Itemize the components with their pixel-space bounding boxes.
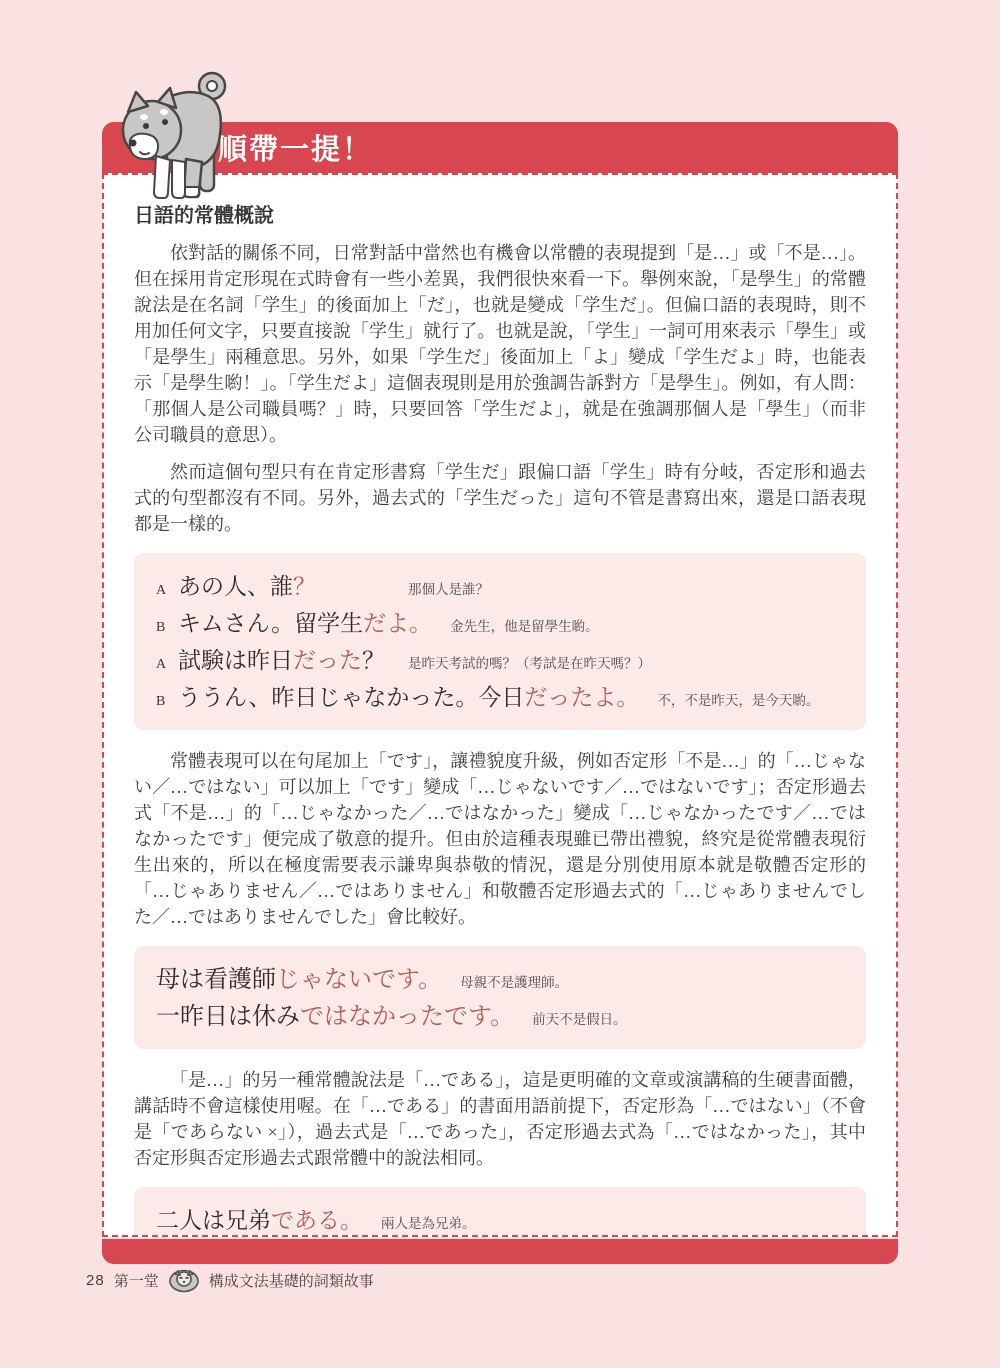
paragraph-2: 然而這個句型只有在肯定形書寫「学生だ」跟偏口語「学生」時有分岐，否定形和過去式的… bbox=[134, 459, 866, 537]
highlighted-ending: ？ bbox=[293, 574, 316, 599]
speaker-label: A bbox=[156, 657, 178, 673]
bottom-red-bar bbox=[102, 1239, 898, 1264]
highlighted-ending: じゃないです。 bbox=[276, 967, 442, 993]
dialog-row: A あの人、誰？ 那個人是誰？ bbox=[156, 571, 844, 603]
page-number: 28 bbox=[86, 1272, 105, 1289]
japanese-sentence: 試験は昨日だった？ bbox=[178, 645, 390, 677]
speaker-label: B bbox=[156, 620, 178, 636]
speaker-label: B bbox=[156, 694, 178, 710]
example-dialog-casual: A あの人、誰？ 那個人是誰？ B キムさん。留学生だよ。 金先生，他是留學生喲… bbox=[134, 553, 866, 730]
chinese-translation: 是昨天考試的嗎？（考試是在昨天嗎？） bbox=[408, 652, 651, 672]
speaker-label: A bbox=[156, 583, 178, 599]
japanese-sentence: ううん、昨日じゃなかった。今日だったよ。 bbox=[178, 682, 639, 714]
japanese-sentence: キムさん。留学生だよ。 bbox=[178, 608, 432, 640]
dialog-row: 母は看護師じゃないです。 母親不是護理師。 bbox=[156, 964, 844, 996]
highlighted-ending: である。 bbox=[271, 1208, 363, 1233]
chapter-title: 構成文法基礎的詞類故事 bbox=[209, 1270, 374, 1291]
lesson-label: 第一堂 bbox=[114, 1270, 159, 1291]
japanese-sentence: 母は看護師じゃないです。 bbox=[156, 964, 442, 996]
japanese-sentence: 一昨日は休みではなかったです。 bbox=[156, 1001, 514, 1033]
shiba-dog-illustration bbox=[116, 64, 238, 204]
dialog-row: B ううん、昨日じゃなかった。今日だったよ。 不，不是昨天，是今天喲。 bbox=[156, 682, 844, 714]
chinese-translation: 兩人是為兄弟。 bbox=[381, 1212, 476, 1232]
dialog-row: 一昨日は休みではなかったです。 前天不是假日。 bbox=[156, 1001, 844, 1033]
highlighted-ending: ではなかったです。 bbox=[300, 1004, 514, 1030]
chinese-translation: 前天不是假日。 bbox=[532, 1008, 627, 1028]
highlighted-ending: だったよ。 bbox=[524, 685, 639, 710]
highlighted-ending: だよ。 bbox=[363, 611, 432, 636]
banner-title: 順帶一提！ bbox=[218, 127, 373, 168]
content-box: 日語的常體概說 依對話的關係不同，日常對話中當然也有機會以常體的表現提到「是…」… bbox=[102, 173, 898, 1237]
chinese-translation: 那個人是誰？ bbox=[408, 578, 489, 598]
chinese-translation: 母親不是護理師。 bbox=[460, 971, 568, 991]
article-heading: 日語的常體概說 bbox=[134, 199, 866, 228]
dialog-row: 二人は兄弟である。 兩人是為兄弟。 bbox=[156, 1205, 844, 1237]
dialog-row: B キムさん。留学生だよ。 金先生，他是留學生喲。 bbox=[156, 608, 844, 640]
page-footer: 28 第一堂 構成文法基礎的詞類故事 bbox=[86, 1267, 374, 1293]
paragraph-3: 常體表現可以在句尾加上「です」，讓禮貌度升級，例如否定形「不是…」的「…じゃない… bbox=[134, 748, 866, 930]
japanese-sentence: あの人、誰？ bbox=[178, 571, 390, 603]
dialog-row: A 試験は昨日だった？ 是昨天考試的嗎？（考試是在昨天嗎？） bbox=[156, 645, 844, 677]
example-dialog-dearu: 二人は兄弟である。 兩人是為兄弟。 bbox=[134, 1187, 866, 1237]
chinese-translation: 不，不是昨天，是今天喲。 bbox=[657, 689, 819, 709]
example-dialog-desu: 母は看護師じゃないです。 母親不是護理師。 一昨日は休みではなかったです。 前天… bbox=[134, 946, 866, 1049]
paragraph-4: 「是…」的另一種常體說法是「…である」，這是更明確的文章或演講稿的生硬書面體，講… bbox=[134, 1067, 866, 1171]
highlighted-ending: だった bbox=[293, 648, 362, 673]
paragraph-1: 依對話的關係不同，日常對話中當然也有機會以常體的表現提到「是…」或「不是…」。但… bbox=[134, 240, 866, 448]
chinese-translation: 金先生，他是留學生喲。 bbox=[450, 615, 599, 635]
curled-dog-icon bbox=[168, 1267, 200, 1293]
japanese-sentence: 二人は兄弟である。 bbox=[156, 1205, 363, 1237]
